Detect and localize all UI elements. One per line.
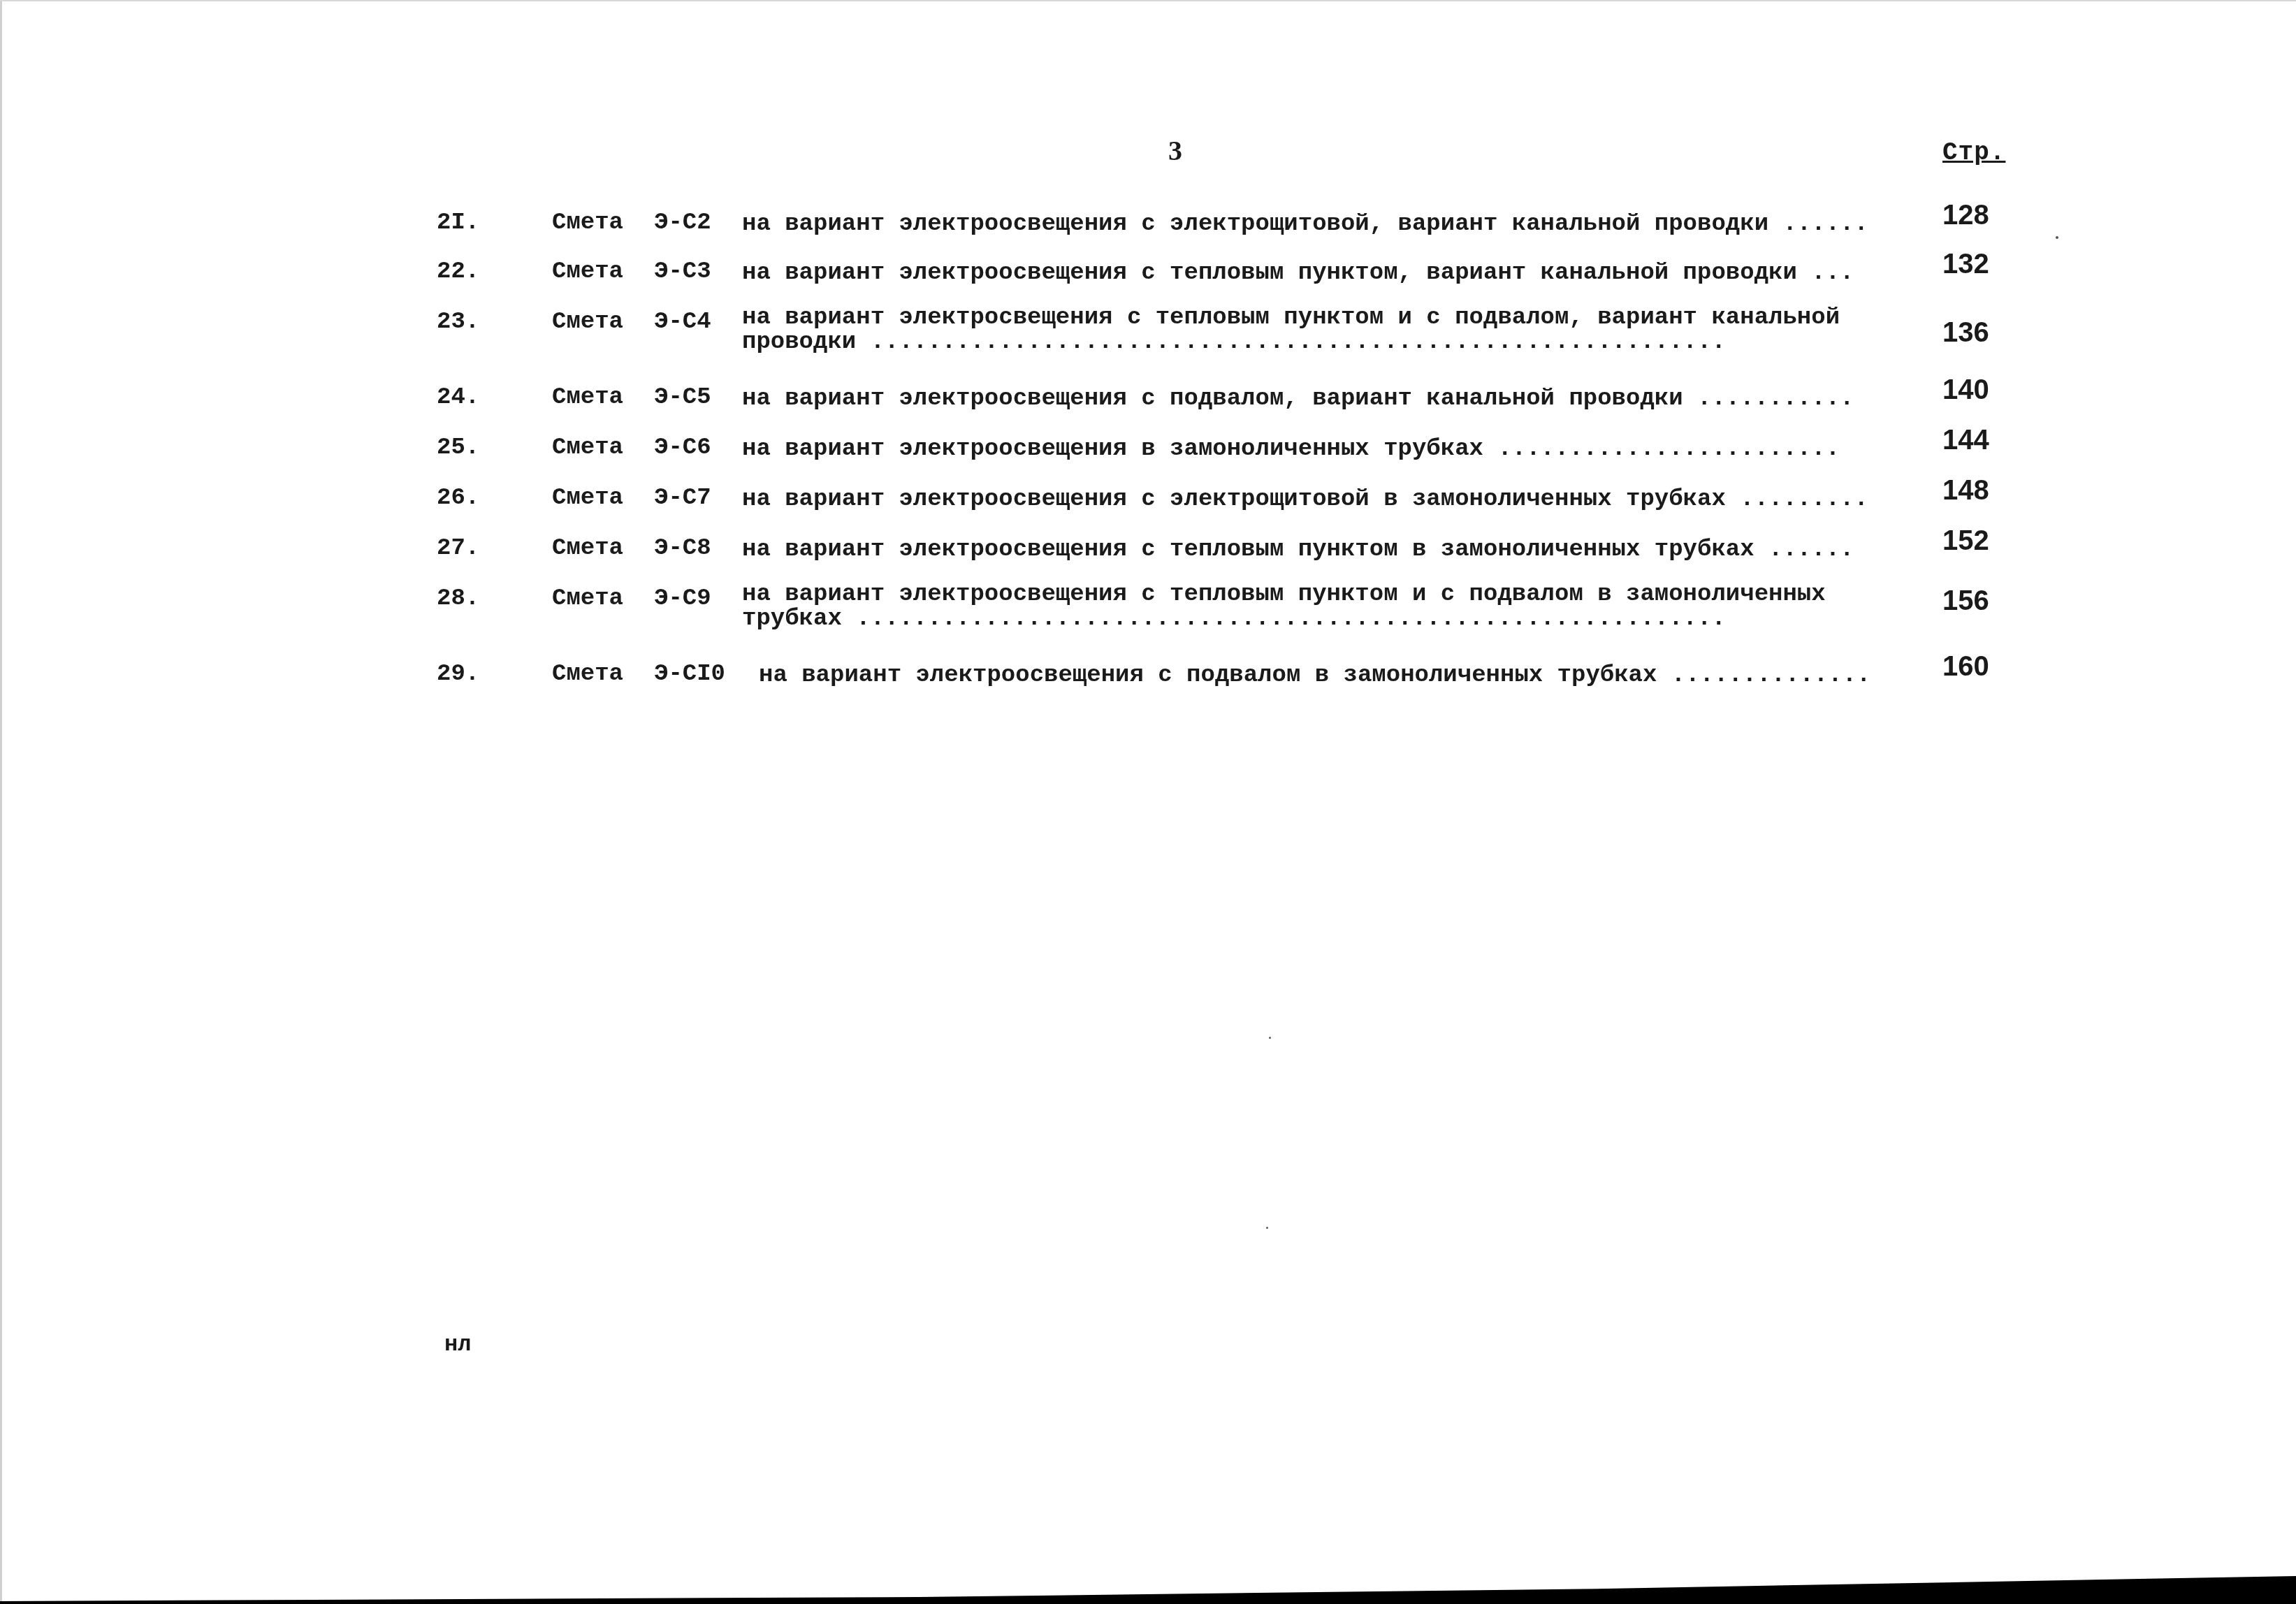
scan-edge-left bbox=[0, 0, 2, 1604]
entry-number: 2I. bbox=[437, 210, 479, 236]
entry-description: на вариант электроосвещения с тепловым п… bbox=[742, 535, 1895, 564]
entry-kind: Смета bbox=[552, 210, 623, 236]
entry-description-line1: на вариант электроосвещения с подвалом, … bbox=[742, 386, 1854, 412]
entry-description: на вариант электроосвещения с тепловым п… bbox=[742, 258, 1895, 288]
entry-number: 24. bbox=[437, 384, 479, 411]
entry-page: 132 bbox=[1942, 249, 1989, 280]
scan-speck bbox=[1269, 1037, 1271, 1039]
entry-kind: Смета bbox=[552, 258, 623, 285]
entry-description-line1: на вариант электроосвещения с тепловым п… bbox=[742, 260, 1854, 286]
entry-page: 152 bbox=[1942, 525, 1989, 557]
entry-kind: Смета bbox=[552, 384, 623, 411]
page-number: 3 bbox=[1168, 134, 1182, 167]
page-column-header: Стр. bbox=[1942, 138, 2005, 167]
entry-description-line2: проводки ...............................… bbox=[742, 333, 1895, 352]
entry-page: 156 bbox=[1942, 585, 1989, 617]
entry-description-line1: на вариант электроосвещения с тепловым п… bbox=[742, 537, 1854, 563]
scan-edge-bottom bbox=[0, 1576, 2296, 1604]
entry-code: Э-С8 bbox=[654, 535, 711, 562]
entry-number: 25. bbox=[437, 435, 479, 461]
entry-kind: Смета bbox=[552, 535, 623, 562]
entry-description-line1: на вариант электросвещения с тепловым пу… bbox=[742, 305, 1840, 331]
entry-code: Э-С9 bbox=[654, 585, 711, 612]
entry-description: на вариант электроосвещения в замоноличе… bbox=[742, 435, 1895, 464]
entry-description-line2: трубках ................................… bbox=[742, 609, 1895, 629]
entry-description-line1: на вариант электроосвещения с тепловым п… bbox=[742, 581, 1826, 608]
scan-speck bbox=[2056, 236, 2058, 239]
entry-code: Э-С7 bbox=[654, 485, 711, 511]
scan-edge-top bbox=[0, 0, 2296, 1]
entry-code: Э-С5 bbox=[654, 384, 711, 411]
entry-number: 23. bbox=[437, 309, 479, 335]
entry-number: 27. bbox=[437, 535, 479, 562]
entry-code: Э-С6 bbox=[654, 435, 711, 461]
entry-code: Э-СI0 bbox=[654, 661, 725, 687]
entry-kind: Смета bbox=[552, 585, 623, 612]
entry-number: 28. bbox=[437, 585, 479, 612]
entry-kind: Смета bbox=[552, 435, 623, 461]
footer-mark: нл bbox=[444, 1332, 471, 1357]
entry-page: 144 bbox=[1942, 425, 1989, 456]
entry-page: 160 bbox=[1942, 651, 1989, 683]
entry-number: 26. bbox=[437, 485, 479, 511]
entry-description-line1: на вариант электроосвещения с подвалом в… bbox=[759, 662, 1870, 689]
entry-description: на вариант электроосвещения с подвалом в… bbox=[759, 661, 1912, 690]
entry-page: 140 bbox=[1942, 374, 1989, 406]
entry-description: на вариант электроосвещения с электрощит… bbox=[742, 210, 1895, 239]
entry-description-line1: на вариант электроосвещения с электрощит… bbox=[742, 486, 1868, 513]
entry-code: Э-С3 bbox=[654, 258, 711, 285]
entry-page: 136 bbox=[1942, 317, 1989, 349]
entry-kind: Смета bbox=[552, 661, 623, 687]
scan-speck bbox=[1266, 1227, 1268, 1229]
entry-description: на вариант электроосвещения с тепловым п… bbox=[742, 580, 1895, 629]
entry-description: на вариант электроосвещения с подвалом, … bbox=[742, 384, 1895, 414]
entry-kind: Смета bbox=[552, 485, 623, 511]
entry-description: на вариант электросвещения с тепловым пу… bbox=[742, 303, 1895, 352]
entry-number: 22. bbox=[437, 258, 479, 285]
entry-description: на вариант электроосвещения с электрощит… bbox=[742, 485, 1895, 514]
entry-page: 148 bbox=[1942, 475, 1989, 506]
entry-page: 128 bbox=[1942, 200, 1989, 231]
entry-kind: Смета bbox=[552, 309, 623, 335]
entry-code: Э-С4 bbox=[654, 309, 711, 335]
entry-code: Э-С2 bbox=[654, 210, 711, 236]
entry-description-line1: на вариант электроосвещения с электрощит… bbox=[742, 211, 1868, 238]
entry-number: 29. bbox=[437, 661, 479, 687]
entry-description-line1: на вариант электроосвещения в замоноличе… bbox=[742, 436, 1840, 462]
